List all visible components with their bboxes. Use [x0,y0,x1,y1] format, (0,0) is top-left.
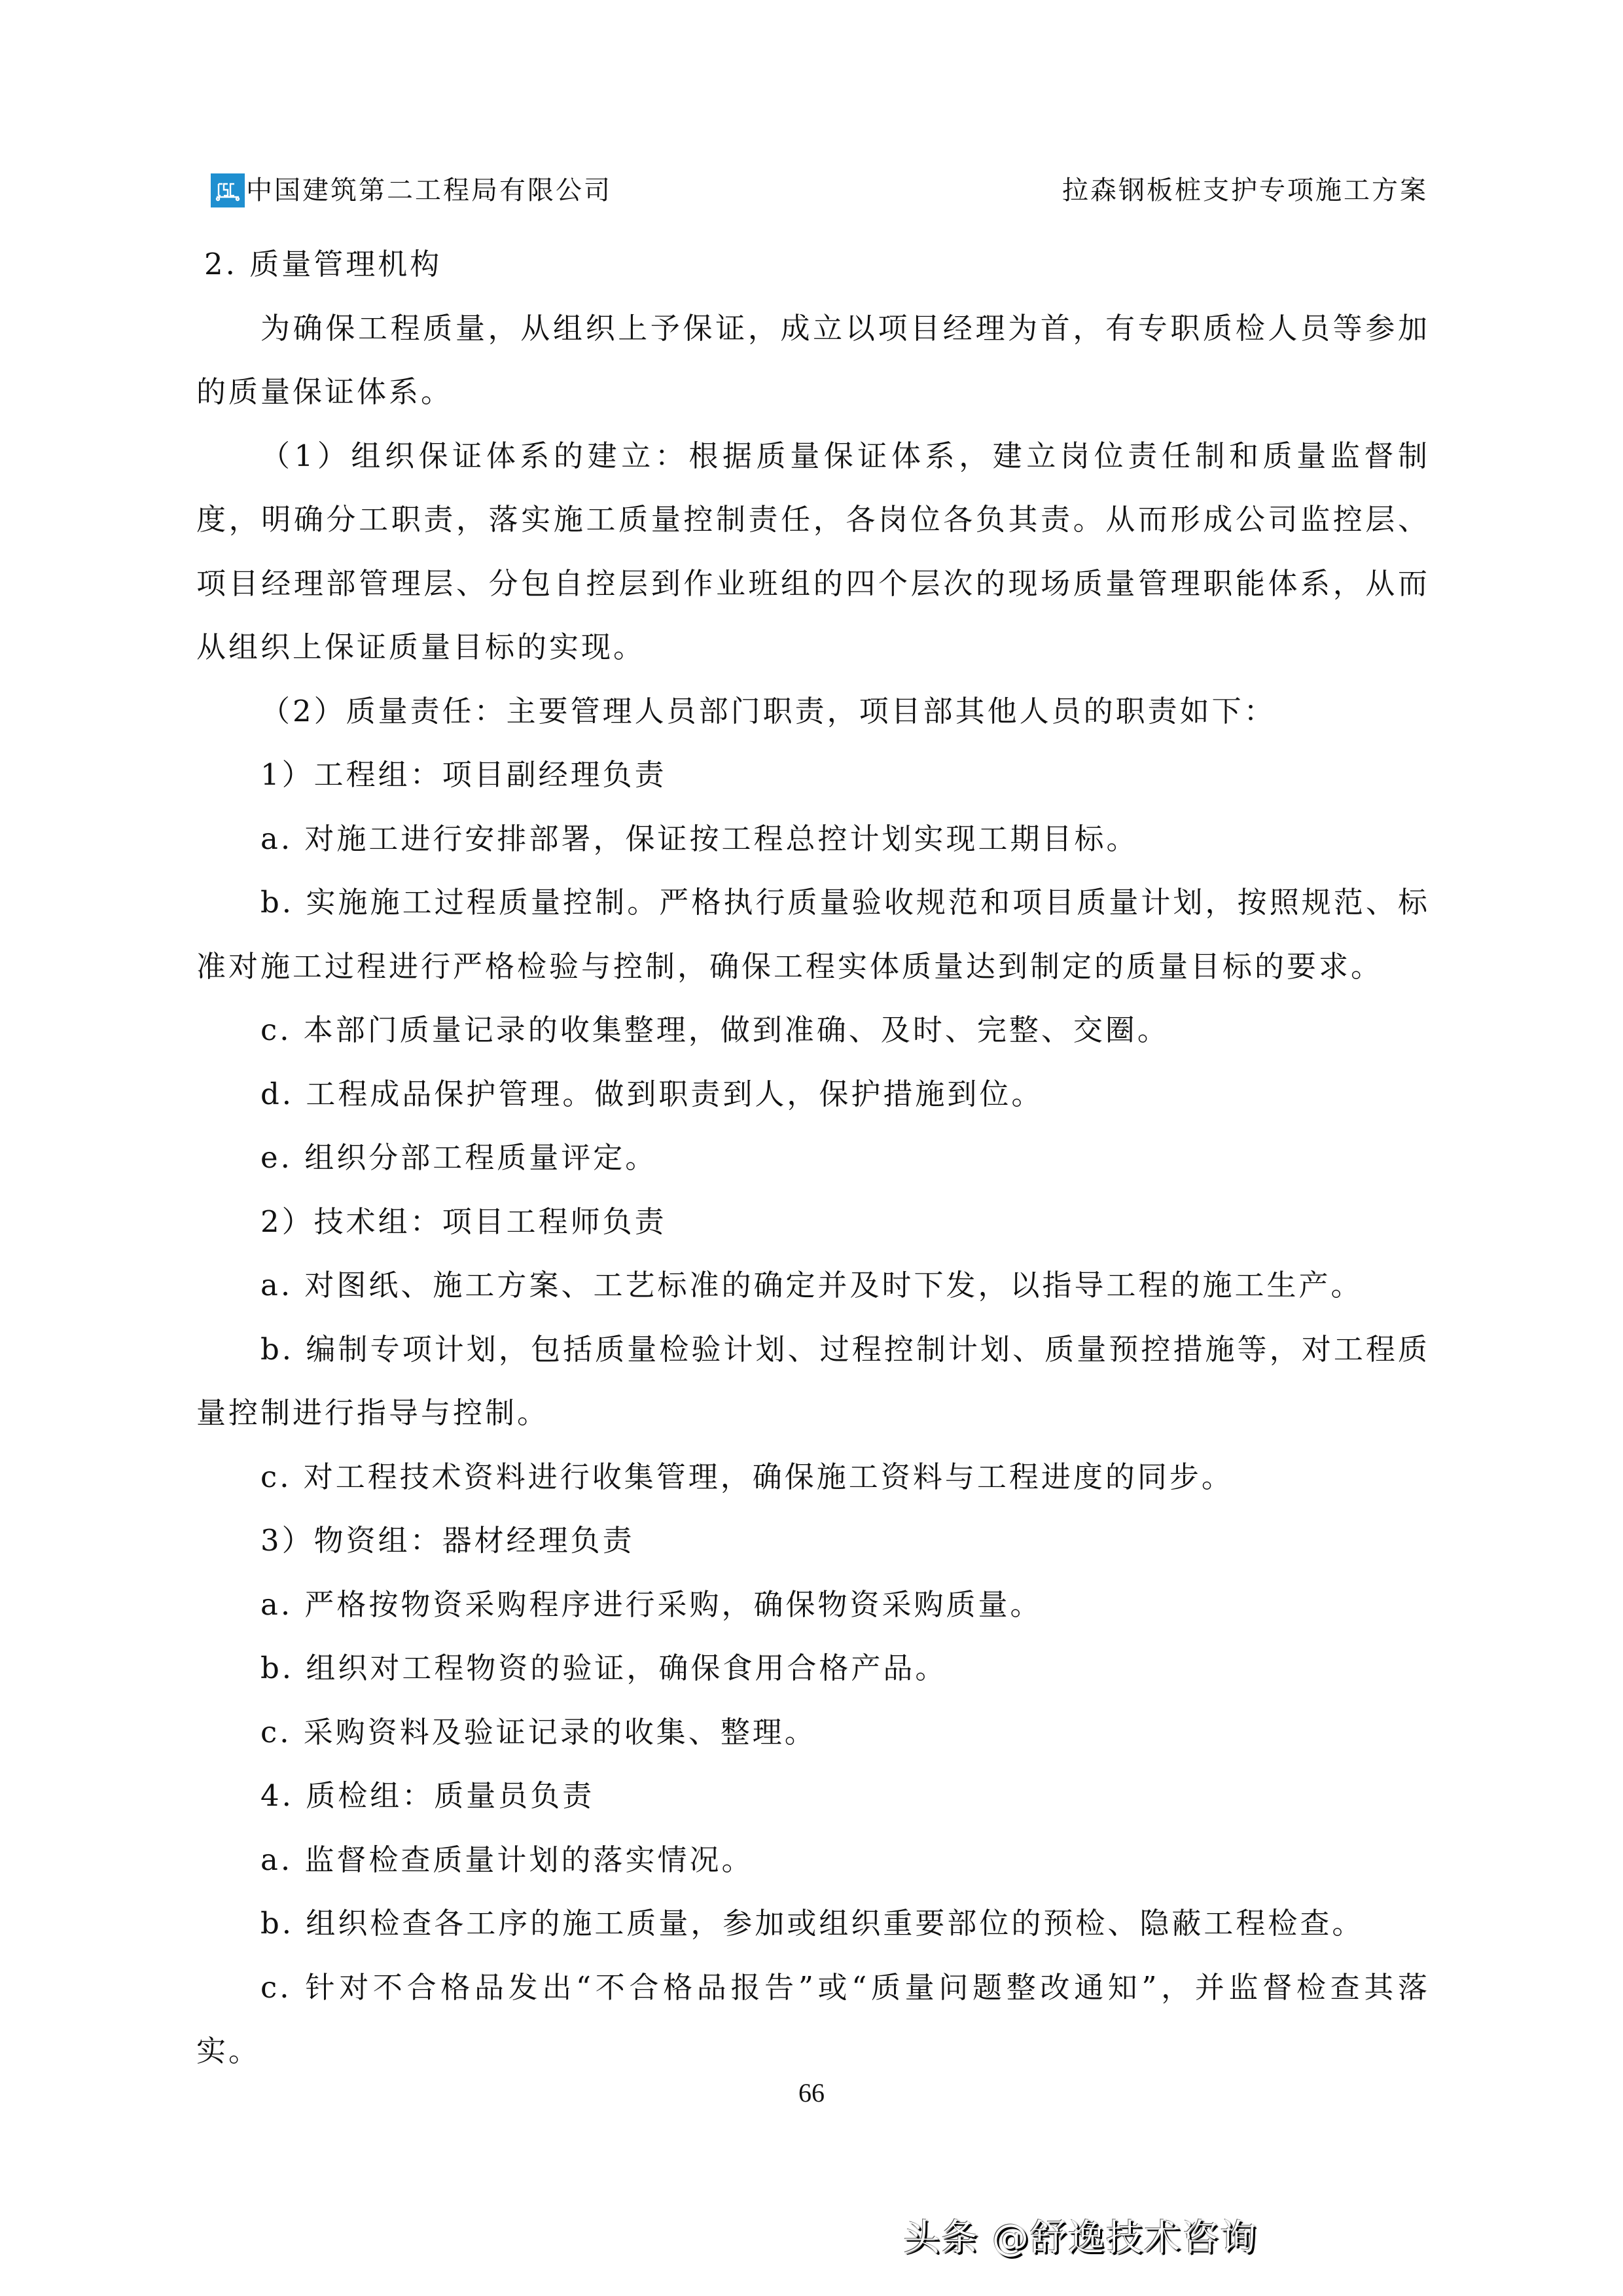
document-body: 2. 质量管理机构 为确保工程质量，从组织上予保证，成立以项目经理为首，有专职质… [196,232,1430,2083]
list-item: b. 组织检查各工序的施工质量，参加或组织重要部位的预检、隐蔽工程检查。 [196,1892,1430,1956]
list-item: a. 监督检查质量计划的落实情况。 [196,1828,1430,1892]
page-header: 中国建筑第二工程局有限公司 拉森钢板桩支护专项施工方案 [211,171,1428,211]
watermark: 头条 @舒逸技术咨询 [903,2212,1258,2265]
list-item: e. 组织分部工程质量评定。 [196,1126,1430,1190]
paragraph-quality-responsibility: （2）质量责任：主要管理人员部门职责，项目部其他人员的职责如下： [196,679,1430,744]
subheading-engineering-group: 1）工程组：项目副经理负责 [196,743,1430,807]
list-item: b. 组织对工程物资的验证，确保食用合格产品。 [196,1636,1430,1700]
subheading-technical-group: 2）技术组：项目工程师负责 [196,1190,1430,1254]
section-heading: 2. 质量管理机构 [196,232,1430,296]
document-title: 拉森钢板桩支护专项施工方案 [1062,171,1428,209]
subheading-materials-group: 3）物资组：器材经理负责 [196,1509,1430,1573]
company-name: 中国建筑第二工程局有限公司 [246,171,612,209]
list-item: a. 严格按物资采购程序进行采购，确保物资采购质量。 [196,1573,1430,1637]
list-item: a. 对图纸、施工方案、工艺标准的确定并及时下发，以指导工程的施工生产。 [196,1253,1430,1318]
list-item: d. 工程成品保护管理。做到职责到人，保护措施到位。 [196,1062,1430,1126]
list-item: a. 对施工进行安排部署，保证按工程总控计划实现工期目标。 [196,807,1430,871]
list-item: b. 实施施工过程质量控制。严格执行质量验收规范和项目质量计划，按照规范、标准对… [196,870,1430,998]
page-number: 66 [0,2073,1623,2113]
company-logo-icon [211,173,245,207]
list-item: c. 对工程技术资料进行收集管理，确保施工资料与工程进度的同步。 [196,1445,1430,1509]
paragraph-intro: 为确保工程质量，从组织上予保证，成立以项目经理为首，有专职质检人员等参加的质量保… [196,296,1430,424]
list-item: c. 本部门质量记录的收集整理，做到准确、及时、完整、交圈。 [196,998,1430,1062]
list-item: b. 编制专项计划，包括质量检验计划、过程控制计划、质量预控措施等，对工程质量控… [196,1318,1430,1445]
subheading-quality-inspection-group: 4. 质检组：质量员负责 [196,1764,1430,1828]
list-item: c. 采购资料及验证记录的收集、整理。 [196,1700,1430,1765]
paragraph-organization-system: （1）组织保证体系的建立：根据质量保证体系，建立岗位责任制和质量监督制度，明确分… [196,424,1430,679]
cscec-logo-icon [215,177,241,204]
list-item: c. 针对不合格品发出“不合格品报告”或“质量问题整改通知”，并监督检查其落实。 [196,1956,1430,2083]
